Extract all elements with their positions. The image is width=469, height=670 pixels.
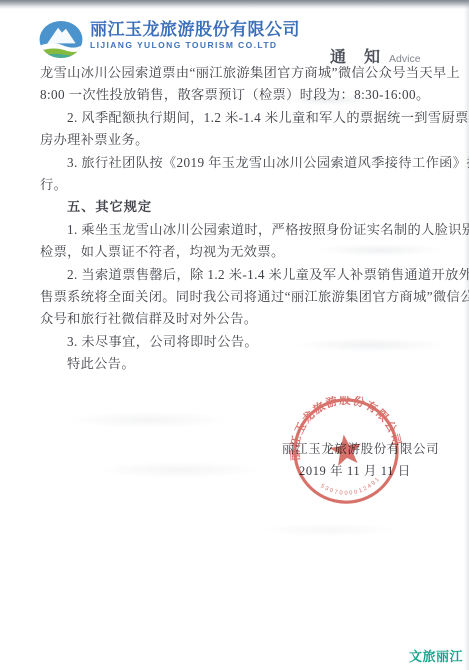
scan-right-edge: [464, 0, 469, 670]
body-line: 2. 风季配额执行期间，1.2 米-1.4 米儿童和军人的票据统一到雪厨票: [40, 107, 432, 129]
svg-text:5307000012491: 5307000012491: [319, 475, 384, 501]
scanned-notice-page: 丽江玉龙旅游股份有限公司 LIJIANG YULONG TOURISM CO.L…: [0, 0, 469, 670]
body-line: 行。: [40, 174, 432, 196]
official-seal-stamp: 丽江玉龙旅游股份有限公司 5307000012491: [287, 396, 405, 510]
body-line: 3. 旅行社团队按《2019 年玉龙雪山冰川公园索道风季接待工作函》执: [40, 152, 432, 174]
company-name-cn: 丽江玉龙旅游股份有限公司: [90, 20, 300, 39]
body-line: 1. 乘坐玉龙雪山冰川公园索道时，严格按照身份证实名制的人脸识别: [40, 219, 432, 241]
body-line: 龙雪山冰川公园索道票由“丽江旅游集团官方商城”微信公众号当天早上: [40, 62, 432, 84]
body-line: 众号和旅行社微信群及时对外公告。: [40, 308, 432, 330]
letterhead-names: 丽江玉龙旅游股份有限公司 LIJIANG YULONG TOURISM CO.L…: [90, 20, 300, 50]
scan-top-edge: [0, 0, 469, 9]
section-heading: 五、其它规定: [40, 196, 432, 218]
seal-star-icon: [328, 432, 364, 466]
company-name-en: LIJIANG YULONG TOURISM CO.LTD: [90, 40, 300, 50]
notice-body: 龙雪山冰川公园索道票由“丽江旅游集团官方商城”微信公众号当天早上 8:00 一次…: [40, 62, 432, 376]
body-line: 售票系统将全面关闭。同时我公司将通过“丽江旅游集团官方商城”微信公: [40, 286, 432, 308]
body-line: 2. 当索道票售罄后，除 1.2 米-1.4 米儿童及军人补票销售通道开放外，: [40, 264, 432, 286]
letterhead: 丽江玉龙旅游股份有限公司 LIJIANG YULONG TOURISM CO.L…: [38, 20, 300, 59]
body-line: 8:00 一次性投放销售，散客票预订（检票）时段为：8:30-16:00。: [40, 84, 432, 106]
seal-serial-number: 5307000012491: [319, 475, 384, 501]
body-line: 房办理补票业务。: [40, 129, 432, 151]
body-line: 特此公告。: [40, 353, 432, 375]
body-line: 检票，如人票证不符者，均视为无效票。: [40, 241, 432, 263]
watermark-wenlv-lijiang: 文旅丽江: [409, 646, 463, 665]
company-logo-icon: [38, 20, 84, 59]
body-line: 3. 未尽事宜，公司将即时公告。: [40, 331, 432, 353]
